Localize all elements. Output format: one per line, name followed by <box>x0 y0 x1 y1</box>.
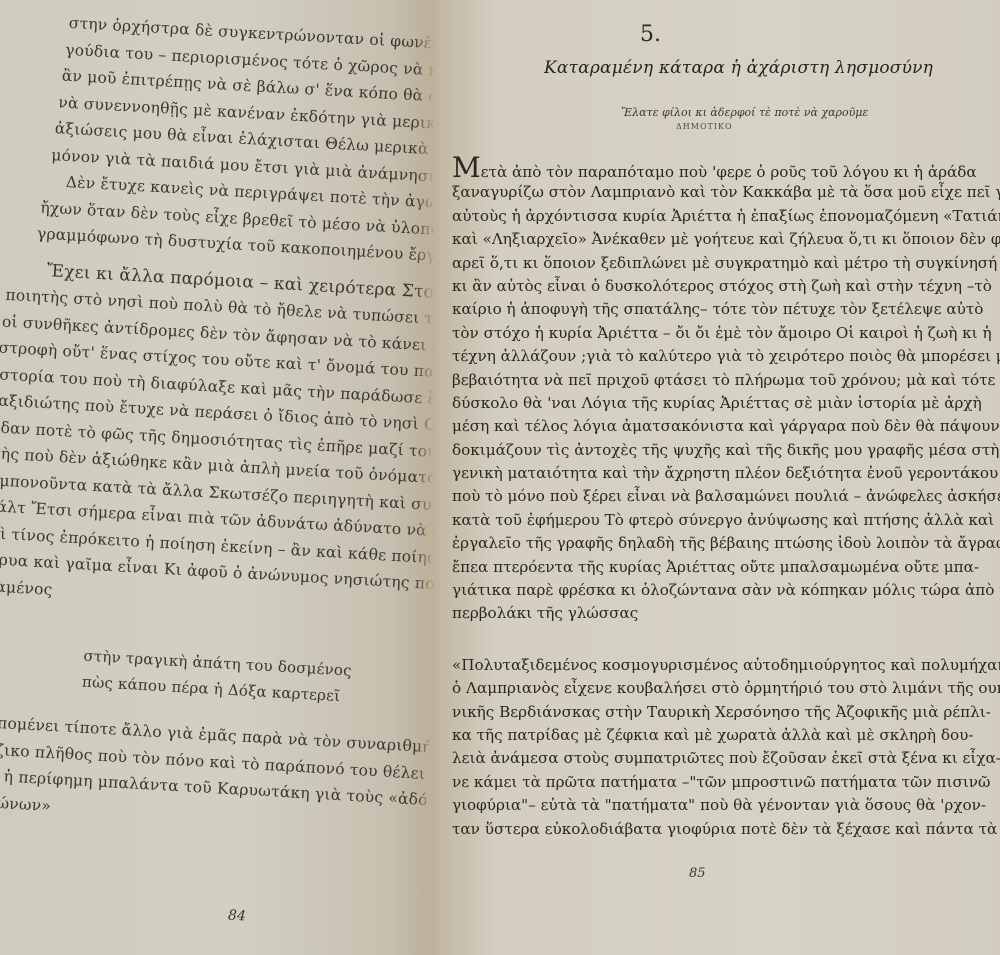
text-line: γιοφύρια"– εὐτὰ τὰ "πατήματα" ποὺ θὰ γέν… <box>452 794 1000 817</box>
text-line: τὸν στόχο ἡ κυρία Ἀριέττα – ὄι ὄι ἐμὲ τὸ… <box>452 322 1000 345</box>
text-line: ἔπεα πτερόεντα τῆς κυρίας Ἀριέττας οὔτε … <box>452 556 1000 579</box>
text-line: γιάτικα παρὲ φρέσκα κι ὁλοζώντανα σὰν νὰ… <box>452 579 1000 602</box>
epigraph: Ἔλατε φίλοι κι ἀδερφοί τὲ ποτὲ νὰ χαροῦμ… <box>621 106 868 119</box>
chapter-number: 5. <box>640 22 661 47</box>
left-page: στην ὀρχήστρα δὲ συγκεντρώνονταν οἱ φωνὲ… <box>0 0 440 955</box>
text-line: νε κάμει τὰ πρῶτα πατήματα –"τῶν μπροστι… <box>452 771 1000 794</box>
text-line: ποὺ τὸ μόνο ποὺ ξέρει εἶναι νὰ βαλσαμώνε… <box>452 485 1000 508</box>
right-page: 5. Καταραμένη κάταρα ἡ ἀχάριστη λησμοσύν… <box>440 0 1000 955</box>
text-line: καίριο ἡ ἀποφυγὴ τῆς σπατάλης– τότε τὸν … <box>452 298 1000 321</box>
text-line: μέση καὶ τέλος λόγια ἀματσακόνιστα καὶ γ… <box>452 415 1000 438</box>
text-line: αρεῖ ὅ,τι κι ὅποιον ξεδιπλώνει μὲ συγκρα… <box>452 252 1000 275</box>
text-line: λειὰ ἀνάμεσα στοὺς συμπατριῶτες ποὺ ἔζοῦ… <box>452 747 1000 770</box>
chapter-title: Καταραμένη κάταρα ἡ ἀχάριστη λησμοσύνη <box>544 58 933 78</box>
text-line: «Πολυταξιδεμένος κοσμογυρισμένος αὐτοδημ… <box>452 654 1000 677</box>
chapter-body: Μετὰ ἀπὸ τὸν παραπόταμο ποὺ 'φερε ὁ ροῦς… <box>452 158 1000 841</box>
page-number: 84 <box>228 908 247 925</box>
text-line: ὁ Λαμπριανὸς εἶχενε κουβαλήσει στὸ ὁρμητ… <box>452 677 1000 700</box>
text-line: τέχνη ἀλλάζουν ;γιὰ τὸ καλύτερο γιὰ τὸ χ… <box>452 345 1000 368</box>
text-line: δοκιμάζουν τὶς ἀντοχὲς τῆς ψυχῆς καὶ τῆς… <box>452 439 1000 462</box>
text-line: κι ἂν αὐτὸς εἶναι ὁ δυσκολότερος στόχος … <box>452 275 1000 298</box>
text-line: γενικὴ ματαιότητα καὶ τὴν ἄχρηστη πλέον … <box>452 462 1000 485</box>
page-number: 85 <box>689 866 706 881</box>
text-line: ἐργαλεῖο τῆς γραφῆς δηλαδὴ τῆς βέβαιης π… <box>452 532 1000 555</box>
drop-cap: Μ <box>452 151 481 184</box>
book-spread: στην ὀρχήστρα δὲ συγκεντρώνονταν οἱ φωνὲ… <box>0 0 1000 955</box>
text-line: βεβαιότητα νὰ πεῖ πριχοῦ φτάσει τὸ πλήρω… <box>452 369 1000 392</box>
text-line: κα τῆς πατρίδας μὲ ζέφκια καὶ μὲ χωρατὰ … <box>452 724 1000 747</box>
text-line: κατὰ τοῦ ἐφήμερου Τὸ φτερὸ σύνεργο ἀνύψω… <box>452 509 1000 532</box>
text-line: δύσκολο θὰ 'ναι Λόγια τῆς κυρίας Ἀριέττα… <box>452 392 1000 415</box>
text-line: ταν ὕστερα εὐκολοδιάβατα γιοφύρια ποτὲ δ… <box>452 818 1000 841</box>
verse-quote: στὴν τραγικὴ ἀπάτη του δοσμένος πὼς κάπο… <box>0 636 434 714</box>
left-page-text: στην ὀρχήστρα δὲ συγκεντρώνονταν οἱ φωνὲ… <box>0 0 440 840</box>
text-line: νικῆς Βερδιάνσκας στὴν Ταυρικὴ Χερσόνησο… <box>452 701 1000 724</box>
epigraph-source: ΔΗΜΟΤΙΚΟ <box>676 122 733 131</box>
text-line: Μετὰ ἀπὸ τὸν παραπόταμο ποὺ 'φερε ὁ ροῦς… <box>452 158 1000 181</box>
text-line: περβολάκι τῆς γλώσσας <box>452 602 1000 625</box>
text-line: καὶ «Ληξιαρχεῖο» Ἀνέκαθεν μὲ γοήτευε καὶ… <box>452 228 1000 251</box>
text-line: αὐτοὺς ἡ ἀρχόντισσα κυρία Ἀριέττα ἡ ἐπαξ… <box>452 205 1000 228</box>
text-line: ξαναγυρίζω στὸν Λαμπριανὸ καὶ τὸν Κακκάβ… <box>452 181 1000 204</box>
